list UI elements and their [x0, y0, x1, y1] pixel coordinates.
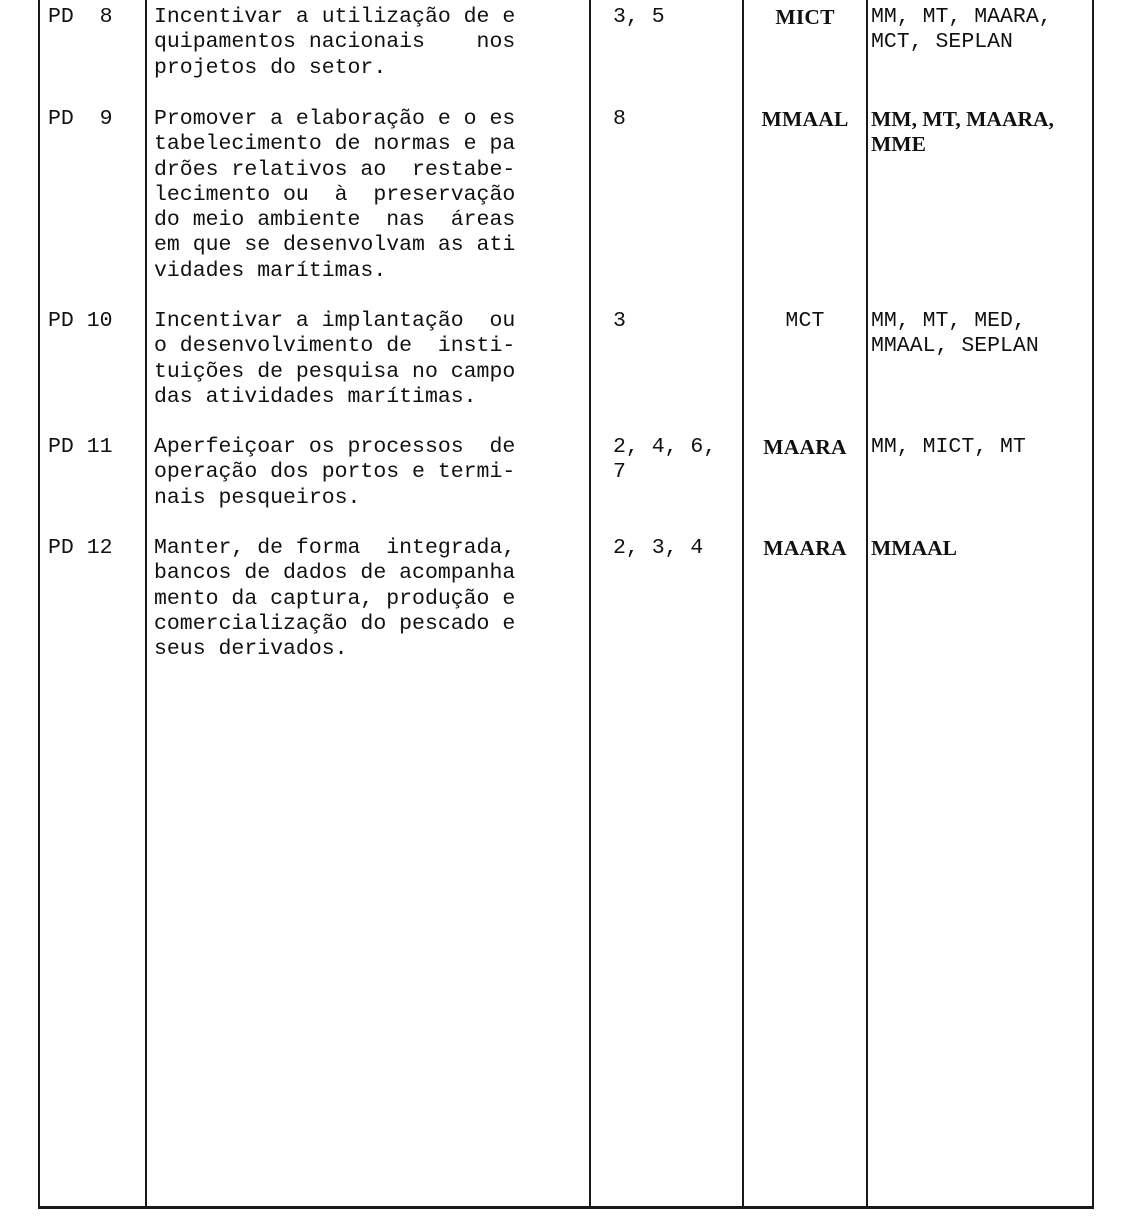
row-code: PD 12: [48, 536, 148, 561]
row-code: PD 11: [48, 435, 148, 460]
row-references: 3, 5: [613, 5, 753, 30]
row-references: 2, 3, 4: [613, 536, 753, 561]
row-responsible: MICT: [746, 5, 864, 30]
row-responsible: MAARA: [746, 435, 864, 460]
row-code: PD 8: [48, 5, 148, 30]
row-participants: MM, MT, MED, MMAAL, SEPLAN: [871, 309, 1093, 360]
row-description: Promover a elaboração e o es tabelecimen…: [154, 107, 586, 284]
actions-table: PD 8 Incentivar a utilização de e quipam…: [38, 0, 1094, 1209]
row-responsible: MMAAL: [746, 107, 864, 132]
row-description: Manter, de forma integrada, bancos de da…: [154, 536, 586, 662]
row-responsible: MAARA: [746, 536, 864, 561]
row-description: Incentivar a utilização de e quipamentos…: [154, 5, 586, 81]
row-references: 2, 4, 6, 7: [613, 435, 753, 486]
row-code: PD 10: [48, 309, 148, 334]
column-divider-references: [742, 0, 744, 1206]
row-description: Incentivar a implantação ou o desenvolvi…: [154, 309, 586, 410]
column-divider-responsible: [866, 0, 868, 1206]
row-code: PD 9: [48, 107, 148, 132]
row-references: 8: [613, 107, 753, 132]
row-participants: MM, MICT, MT: [871, 435, 1093, 460]
row-responsible: MCT: [746, 309, 864, 334]
column-divider-description: [589, 0, 591, 1206]
row-description: Aperfeiçoar os processos de operação dos…: [154, 435, 586, 511]
row-participants: MM, MT, MAARA, MCT, SEPLAN: [871, 5, 1093, 56]
row-participants: MMAAL: [871, 536, 1093, 561]
column-divider-code: [145, 0, 147, 1206]
row-references: 3: [613, 309, 753, 334]
row-participants: MM, MT, MAARA, MME: [871, 107, 1093, 158]
